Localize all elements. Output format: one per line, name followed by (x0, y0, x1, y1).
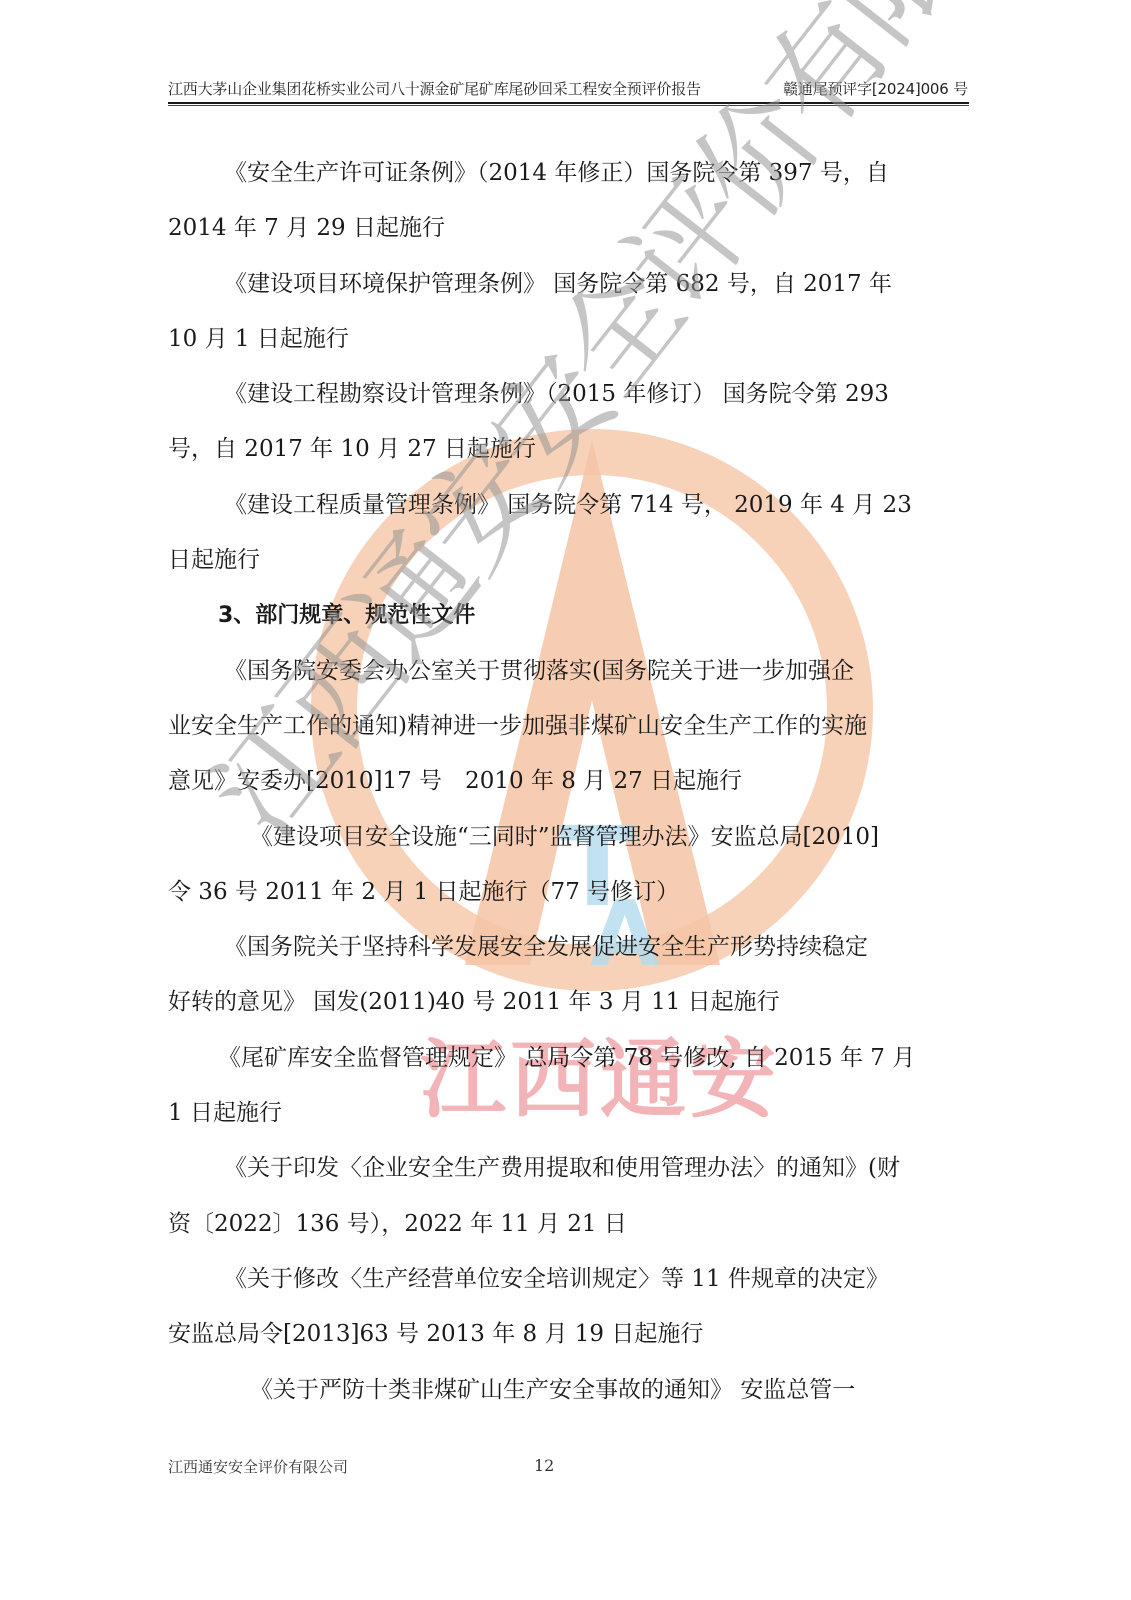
body-line: 《尾矿库安全监督管理规定》 总局令第 78 号修改, 自 2015 年 7 月 (168, 1031, 968, 1086)
body-line: 日起施行 (168, 533, 968, 588)
body-line: 1 日起施行 (168, 1086, 968, 1141)
body-line: 《关于印发〈企业安全生产费用提取和使用管理办法〉的通知》(财 (168, 1141, 968, 1196)
body-line: 《国务院关于坚持科学发展安全发展促进安全生产形势持续稳定 (168, 920, 968, 975)
body-line: 令 36 号 2011 年 2 月 1 日起施行（77 号修订） (168, 865, 968, 920)
body-line: 安监总局令[2013]63 号 2013 年 8 月 19 日起施行 (168, 1307, 968, 1362)
body-line: 《关于严防十类非煤矿山生产安全事故的通知》 安监总管一 (168, 1363, 968, 1418)
body-line: 资〔2022〕136 号），2022 年 11 月 21 日 (168, 1197, 968, 1252)
body-line: 《关于修改〈生产经营单位安全培训规定〉等 11 件规章的决定》 (168, 1252, 968, 1307)
body-line: 好转的意见》 国发(2011)40 号 2011 年 3 月 11 日起施行 (168, 975, 968, 1030)
document-page: T A 江西通安 江西通安安全评价有限公司 江西大茅山企业集团花桥实业公司八十源… (0, 0, 1131, 1600)
